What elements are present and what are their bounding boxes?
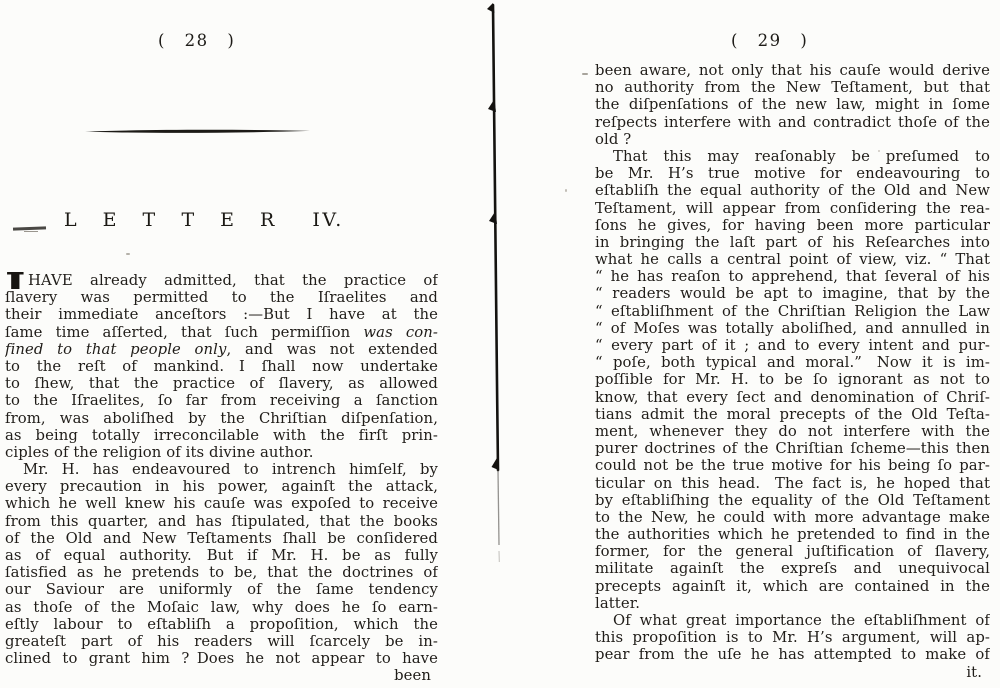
text-line: old ?	[595, 131, 990, 148]
text-line: “ he has reaſon to apprehend, that ſever…	[595, 268, 990, 285]
text-line: purer doctrines of the Chriſtian ſcheme—…	[595, 440, 990, 457]
text-line: in bringing the laſt part of his Reſearc…	[595, 234, 990, 251]
text-line: to the New, he could with more advantage…	[595, 509, 990, 526]
text-line: eſtabliſh the equal authority of the Old…	[595, 182, 990, 199]
text-line: pear from the uſe he has attempted to ma…	[595, 646, 990, 663]
text-line: by eſtabliſhing the equality of the Old …	[595, 492, 990, 509]
text-line: ment, whenever they do not interfere wit…	[595, 423, 990, 440]
text-line: from, was aboliſhed by the Chriſtian diſ…	[5, 410, 438, 427]
text-column-left: IHAVE already admitted, that the practic…	[5, 272, 438, 685]
drop-cap: I	[5, 273, 22, 289]
text-line: of the Old and New Teſtaments ſhall be c…	[5, 530, 438, 547]
text-line: been aware, not only that his cauſe woul…	[595, 62, 990, 79]
letter-heading-numeral: IV.	[312, 209, 343, 231]
text-line: That this may reaſonably be preſumed to	[595, 148, 990, 165]
text-line: IHAVE already admitted, that the practic…	[5, 272, 438, 289]
page-number: ( 29 )	[731, 31, 808, 50]
text-line: ſame time aſſerted, that ſuch permiſſion…	[5, 324, 438, 341]
letter-heading: LETTERIV.	[64, 209, 344, 231]
text-line: to the reſt of mankind. I ſhall now unde…	[5, 358, 438, 375]
text-line: know, that every ſect and denomination o…	[595, 389, 990, 406]
text-line: “ every part of it ; and to every intent…	[595, 337, 990, 354]
binding-thread	[484, 0, 510, 640]
heading-dash-mark-faint	[24, 231, 38, 232]
text-line: tians admit the moral precepts of the Ol…	[595, 406, 990, 423]
text-line: this propoſition is to Mr. H’s argument,…	[595, 629, 990, 646]
text-line: as being totally irreconcilable with the…	[5, 427, 438, 444]
heading-dash-mark	[13, 226, 46, 230]
text-line: reſpects interfere with and contradict t…	[595, 114, 990, 131]
text-line: “ eſtabliſhment of the Chriſtian Religio…	[595, 303, 990, 320]
text-line: latter.	[595, 595, 990, 612]
text-line: clined to grant him ? Does he not appear…	[5, 650, 438, 667]
text-column-right: been aware, not only that his cauſe woul…	[595, 62, 990, 681]
catchword: it.	[595, 664, 990, 681]
text-line: our Saviour are uniformly of the ſame te…	[5, 581, 438, 598]
text-line: from this quarter, and has ſtipulated, t…	[5, 513, 438, 530]
text-line: as thoſe of the Moſaic law, why does he …	[5, 599, 438, 616]
ink-speck	[582, 73, 588, 75]
text-line: fined to that people only, and was not e…	[5, 341, 438, 358]
section-rule	[83, 128, 312, 135]
text-line: “ poſe, both typical and moral.” Now it …	[595, 354, 990, 371]
text-line: the diſpenſations of the new law, might …	[595, 96, 990, 113]
text-line: to ſhew, that the practice of ſlavery, a…	[5, 375, 438, 392]
text-line: the authorities which he pretended to fi…	[595, 526, 990, 543]
letter-heading-word: LETTER	[64, 209, 300, 231]
text-line: could not be the true motive for his bei…	[595, 457, 990, 474]
text-line: Of what great importance the eſtabliſhme…	[595, 612, 990, 629]
text-line: eſtly labour to eſtabliſh a propoſition,…	[5, 616, 438, 633]
text-line: greateſt part of his readers will ſcarce…	[5, 633, 438, 650]
text-line: as of equal authority. But if Mr. H. be …	[5, 547, 438, 564]
page-number: ( 28 )	[158, 31, 235, 50]
ink-speck	[565, 189, 567, 192]
text-line: ciples of the religion of its divine aut…	[5, 444, 438, 461]
catchword: been	[5, 667, 438, 684]
ink-speck	[700, 520, 702, 522]
text-line: every precaution in his power, againſt t…	[5, 478, 438, 495]
text-line: their immediate anceſtors :—But I have a…	[5, 306, 438, 323]
text-line: militate againſt the expreſs and unequiv…	[595, 560, 990, 577]
text-line: Mr. H. has endeavoured to intrench himſe…	[5, 461, 438, 478]
text-line: ſons he gives, for having been more part…	[595, 217, 990, 234]
text-line: poſſible for Mr. H. to be ſo ignorant as…	[595, 371, 990, 388]
text-line: former, for the general juſtification of…	[595, 543, 990, 560]
ink-speck	[878, 150, 880, 152]
text-line: ſatisfied as he pretends to be, that the…	[5, 564, 438, 581]
text-line: ſlavery was permitted to the Iſraelites …	[5, 289, 438, 306]
text-line: to the Iſraelites, ſo far from receiving…	[5, 392, 438, 409]
ink-speck	[126, 253, 130, 255]
text-line: which he well knew his cauſe was expoſed…	[5, 495, 438, 512]
text-line: precepts againſt it, which are contained…	[595, 578, 990, 595]
text-line: “ readers would be apt to imagine, that …	[595, 285, 990, 302]
text-line: be Mr. H’s true motive for endeavouring …	[595, 165, 990, 182]
text-line: “ of Moſes was totally aboliſhed, and an…	[595, 320, 990, 337]
text-line: Teſtament, will appear from conſidering …	[595, 200, 990, 217]
text-line: ticular on this head. The fact is, he ho…	[595, 475, 990, 492]
text-line: no authority from the New Teſtament, but…	[595, 79, 990, 96]
text-line: what he calls a central point of view, v…	[595, 251, 990, 268]
book-scan: ( 28 ) LETTERIV. IHAVE already admitted,…	[0, 0, 1000, 688]
